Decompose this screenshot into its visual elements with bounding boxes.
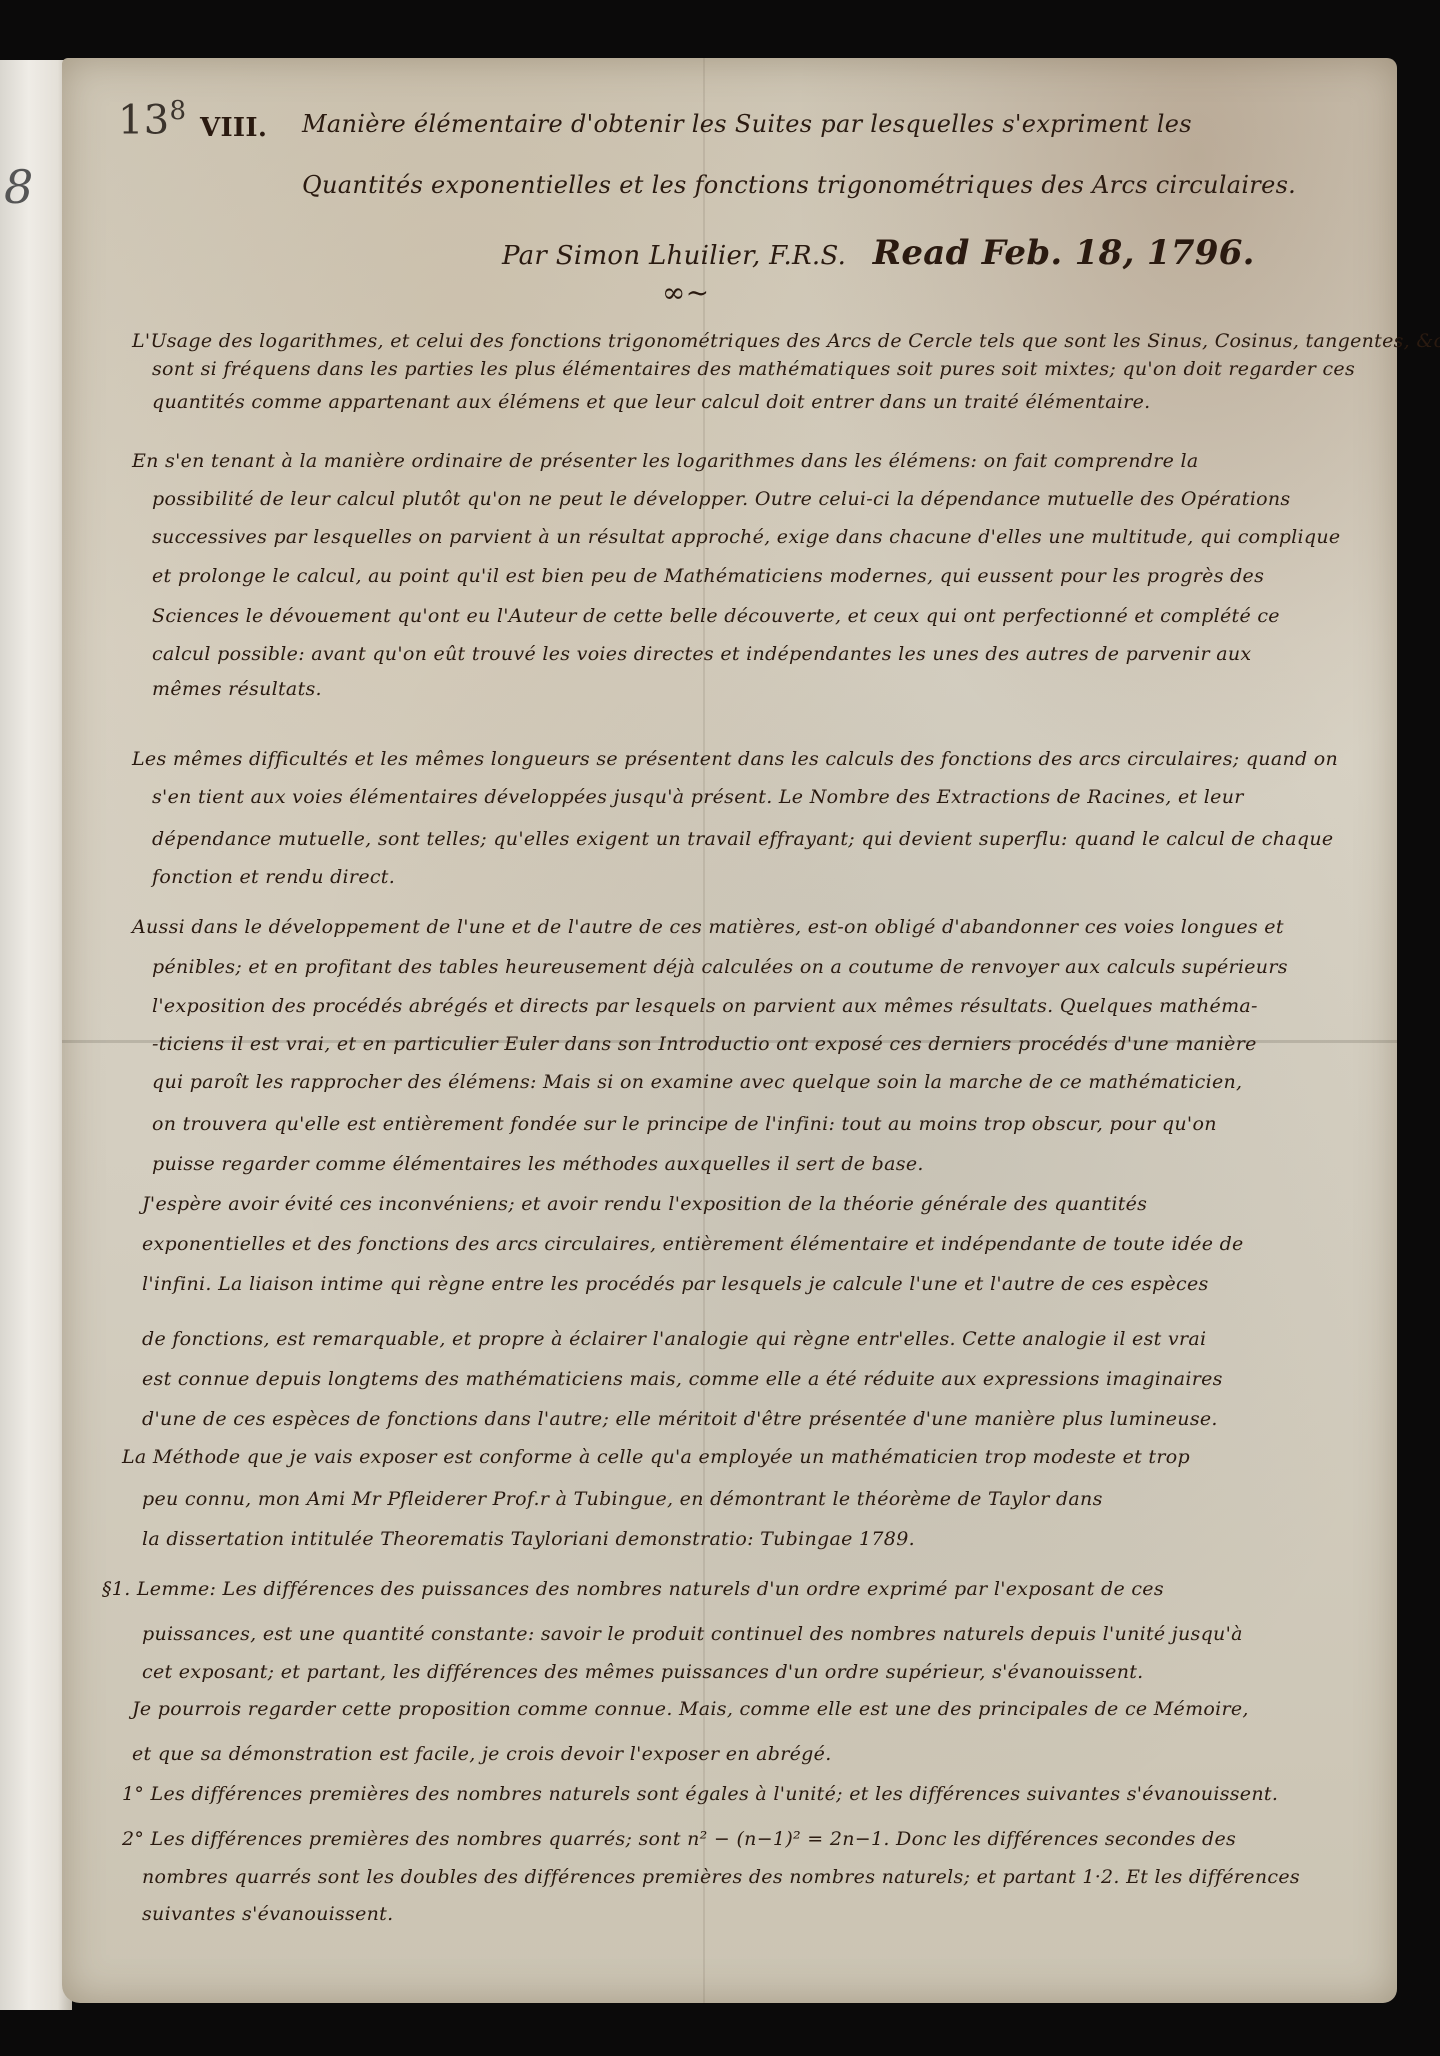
byline: Par Simon Lhuilier, F.R.S. Read Feb. 18,…	[502, 233, 1255, 273]
manuscript-line: suivantes s'évanouissent.	[142, 1903, 393, 1925]
manuscript-line: qui paroît les rapprocher des élémens: M…	[152, 1071, 1242, 1093]
manuscript-line: puissances, est une quantité constante: …	[142, 1623, 1243, 1645]
manuscript-line: l'infini. La liaison intime qui règne en…	[142, 1273, 1209, 1295]
manuscript-line: est connue depuis longtems des mathémati…	[142, 1368, 1223, 1390]
manuscript-line: et prolonge le calcul, au point qu'il es…	[152, 565, 1264, 587]
manuscript-line: on trouvera qu'elle est entièrement fond…	[152, 1113, 1217, 1135]
manuscript-line: 2° Les différences premières des nombres…	[122, 1828, 1236, 1850]
manuscript-line: L'Usage des logarithmes, et celui des fo…	[132, 330, 1440, 352]
manuscript-line: et que sa démonstration est facile, je c…	[132, 1743, 832, 1765]
manuscript-line: peu connu, mon Ami Mr Pfleiderer Prof.r …	[142, 1488, 1103, 1510]
manuscript-line: Aussi dans le développement de l'une et …	[132, 916, 1284, 938]
manuscript-line: 1° Les différences premières des nombres…	[122, 1783, 1278, 1805]
manuscript-line: §1. Lemme: Les différences des puissance…	[102, 1578, 1164, 1600]
manuscript-line: calcul possible: avant qu'on eût trouvé …	[152, 643, 1251, 665]
manuscript-line: En s'en tenant à la manière ordinaire de…	[132, 450, 1198, 472]
manuscript-line: la dissertation intitulée Theorematis Ta…	[142, 1528, 915, 1550]
manuscript-line: de fonctions, est remarquable, et propre…	[142, 1328, 1206, 1350]
manuscript-line: quantités comme appartenant aux élémens …	[152, 391, 1151, 413]
manuscript-line: La Méthode que je vais exposer est confo…	[122, 1446, 1190, 1468]
manuscript-line: l'exposition des procédés abrégés et dir…	[152, 995, 1258, 1017]
strip-page-number: 8	[4, 160, 33, 214]
ornament-flourish: ∞~	[662, 276, 709, 309]
manuscript-line: d'une de ces espèces de fonctions dans l…	[142, 1408, 1218, 1430]
manuscript-line: dépendance mutuelle, sont telles; qu'ell…	[152, 828, 1333, 850]
manuscript-page: 138 VIII. Manière élémentaire d'obtenir …	[62, 58, 1397, 2003]
manuscript-line: cet exposant; et partant, les différence…	[142, 1661, 1144, 1683]
manuscript-line: s'en tient aux voies élémentaires dévelo…	[152, 786, 1244, 808]
manuscript-line: fonction et rendu direct.	[152, 866, 395, 888]
manuscript-line: exponentielles et des fonctions des arcs…	[142, 1233, 1244, 1255]
author: Par Simon Lhuilier, F.R.S.	[502, 241, 846, 271]
read-date-note: Read Feb. 18, 1796.	[873, 233, 1255, 273]
manuscript-line: Les mêmes difficultés et les mêmes longu…	[132, 748, 1338, 770]
folio-sup: 8	[170, 96, 187, 126]
section-number: VIII.	[200, 113, 267, 143]
folio-main: 13	[118, 97, 170, 143]
manuscript-line: Sciences le dévouement qu'ont eu l'Auteu…	[152, 605, 1280, 627]
manuscript-line: Je pourrois regarder cette proposition c…	[132, 1698, 1249, 1720]
manuscript-line: pénibles; et en profitant des tables heu…	[152, 956, 1288, 978]
manuscript-line: sont si fréquens dans les parties les pl…	[152, 358, 1355, 380]
folio-number: 138	[118, 96, 186, 143]
title-line-2: Quantités exponentielles et les fonction…	[302, 171, 1296, 199]
manuscript-line: puisse regarder comme élémentaires les m…	[152, 1153, 924, 1175]
title-line-1: Manière élémentaire d'obtenir les Suites…	[302, 110, 1192, 138]
manuscript-line: -ticiens il est vrai, et en particulier …	[152, 1033, 1257, 1055]
manuscript-line: J'espère avoir évité ces inconvéniens; e…	[142, 1193, 1147, 1215]
manuscript-line: nombres quarrés sont les doubles des dif…	[142, 1866, 1300, 1888]
manuscript-line: successives par lesquelles on parvient à…	[152, 526, 1340, 548]
manuscript-line: mêmes résultats.	[152, 678, 322, 700]
manuscript-line: possibilité de leur calcul plutôt qu'on …	[152, 488, 1290, 510]
